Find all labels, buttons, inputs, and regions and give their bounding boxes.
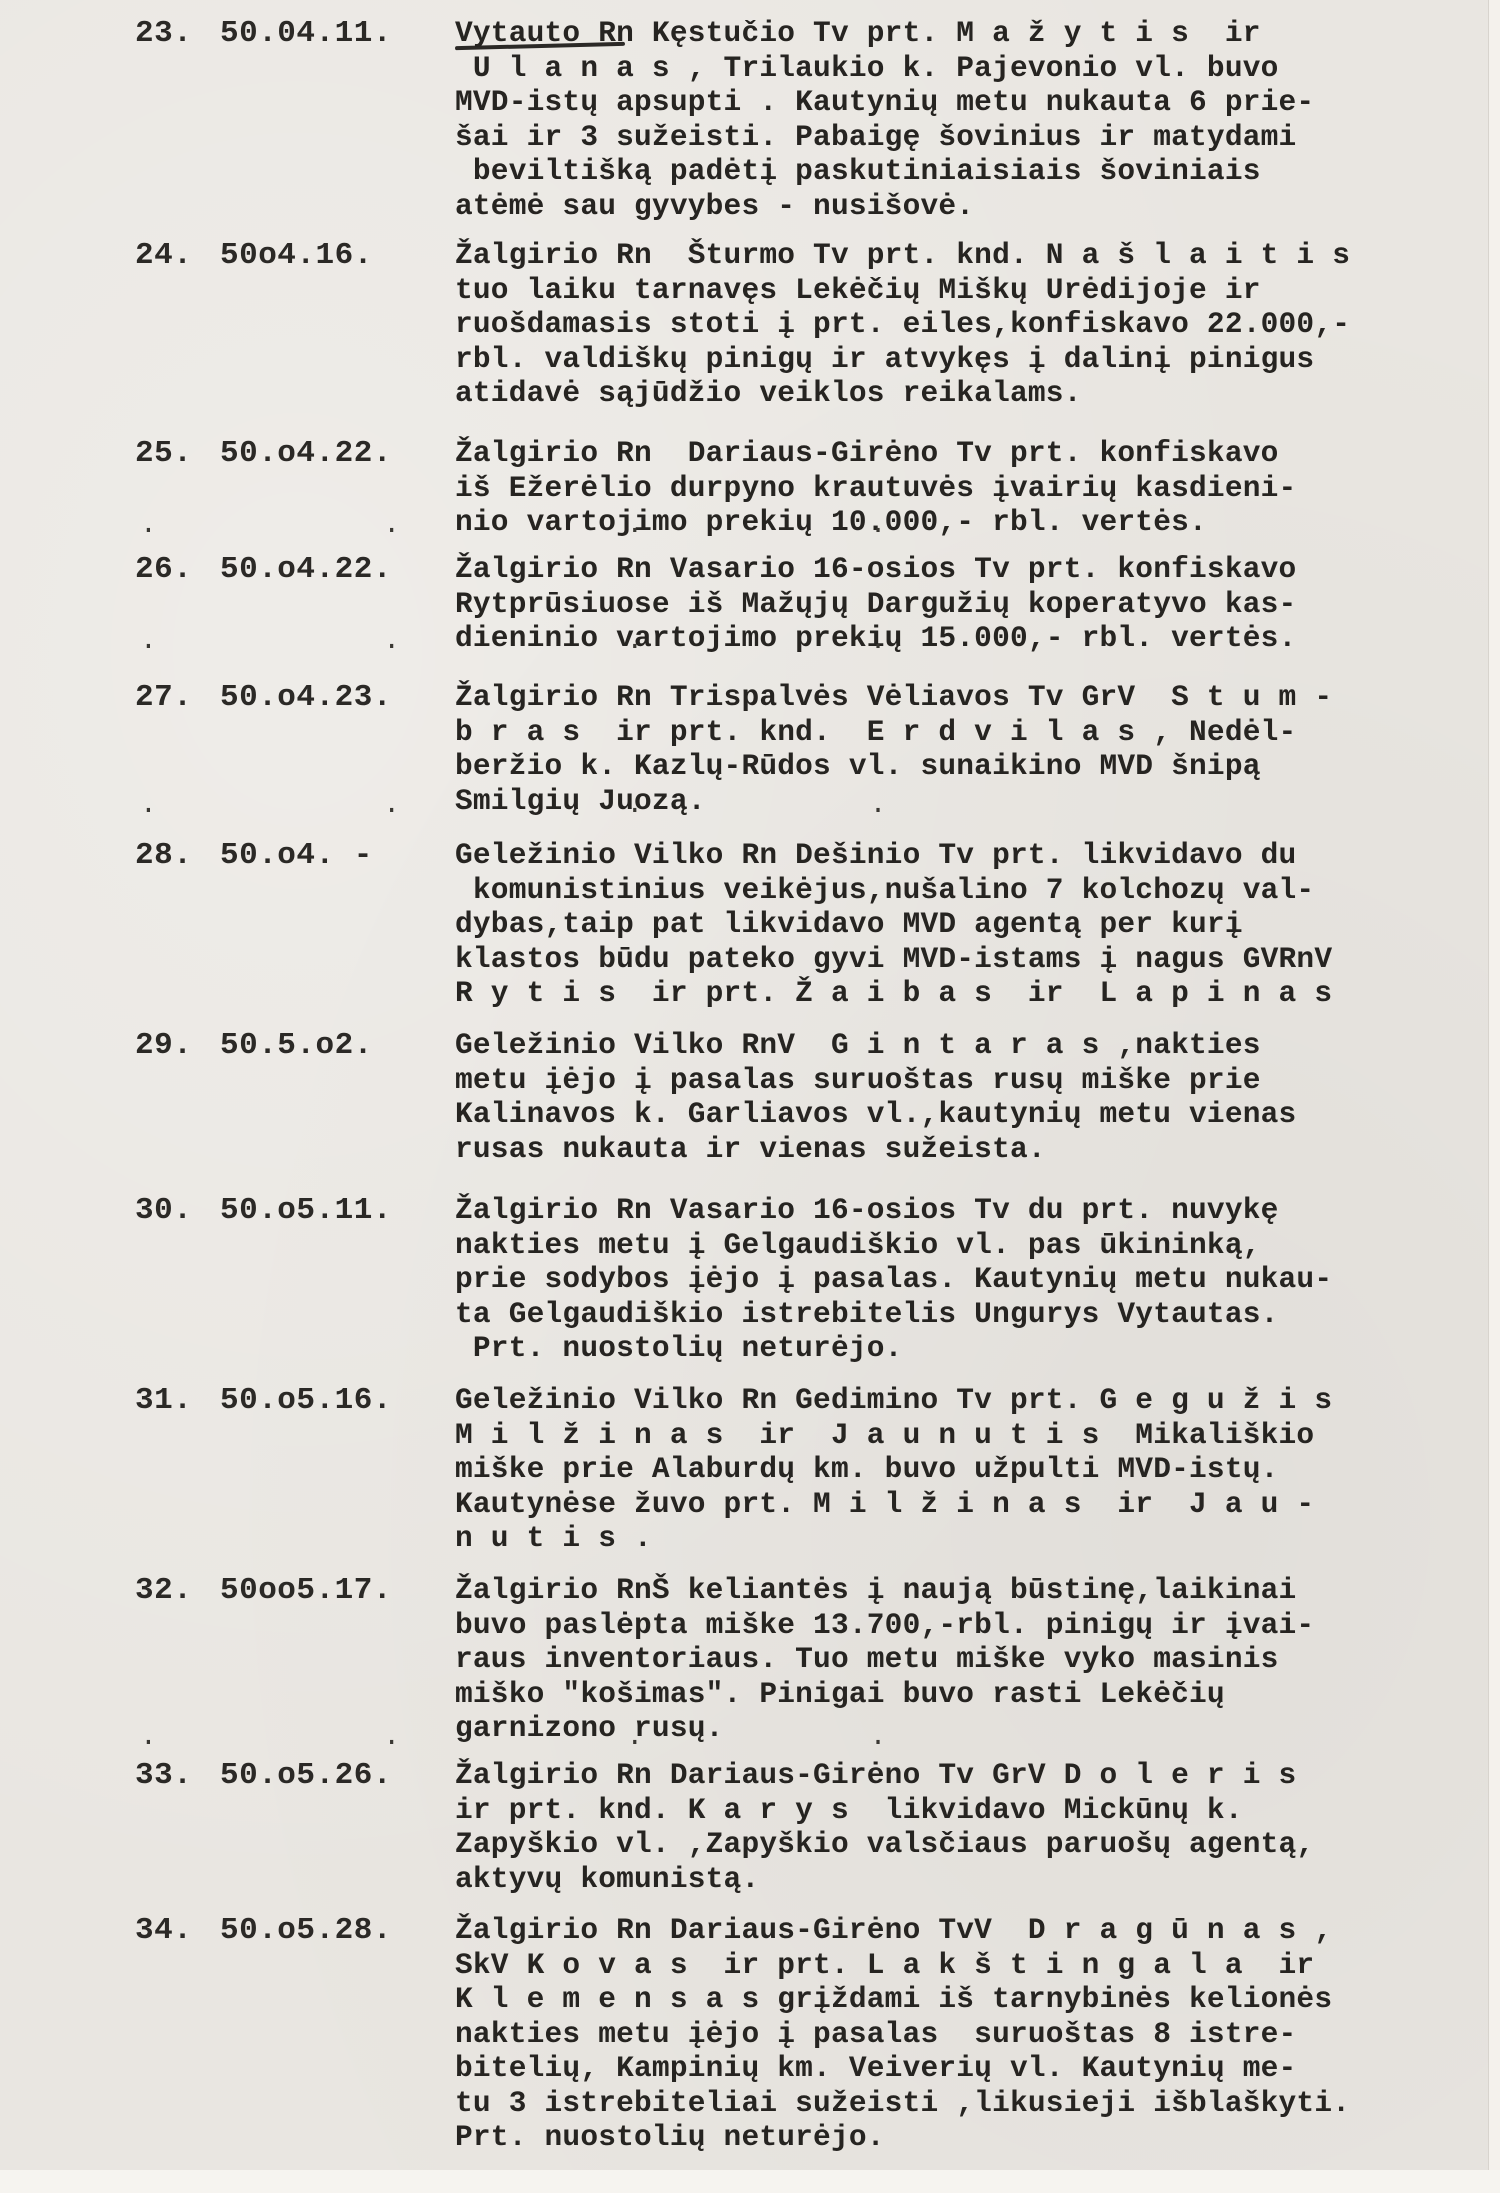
text-line: Geležinio Vilko Rn Gedimino Tv prt. G e … (455, 1383, 1485, 1418)
text-line: miško "košimas". Pinigai buvo rasti Lekė… (455, 1677, 1485, 1712)
entry-date: 50.o5.16. (220, 1383, 392, 1418)
entry-number: 32. (135, 1573, 192, 1608)
entry-number: 27. (135, 680, 192, 715)
entry-number: 31. (135, 1383, 192, 1418)
text-line: Prt. nuostolių neturėjo. (455, 2120, 1485, 2155)
text-line: komunistinius veikėjus,nušalino 7 kolcho… (455, 873, 1485, 908)
text-line: Geležinio Vilko RnV G i n t a r a s ,nak… (455, 1028, 1485, 1063)
text-line: Geležinio Vilko Rn Dešinio Tv prt. likvi… (455, 838, 1485, 873)
entry-text: Geležinio Vilko Rn Gedimino Tv prt. G e … (455, 1383, 1485, 1556)
text-line: Žalgirio Rn Dariaus-Girėno Tv GrV D o l … (455, 1758, 1485, 1793)
text-line: miške prie Alaburdų km. buvo užpulti MVD… (455, 1452, 1485, 1487)
text-line: prie sodybos įėjo į pasalas. Kautynių me… (455, 1262, 1485, 1297)
separator-dots: . . . . (140, 1722, 930, 1753)
entry-text: Žalgirio Rn Šturmo Tv prt. knd. N a š l … (455, 238, 1485, 411)
text-line: klastos būdu pateko gyvi MVD-istams į na… (455, 942, 1485, 977)
separator-dots: . . . . (140, 510, 930, 541)
entry-date: 50.o5.28. (220, 1913, 392, 1948)
entry-number: 33. (135, 1758, 192, 1793)
entry-text: Geležinio Vilko Rn Dešinio Tv prt. likvi… (455, 838, 1485, 1011)
text-line: buvo paslėpta miške 13.700,-rbl. pinigų … (455, 1608, 1485, 1643)
text-line: Žalgirio RnŠ keliantės į naują būstinę,l… (455, 1573, 1485, 1608)
entry-number: 30. (135, 1193, 192, 1228)
text-line: nakties metu į Gelgaudiškio vl. pas ūkin… (455, 1228, 1485, 1263)
entry-number: 25. (135, 436, 192, 471)
separator-dots: . . . . (140, 626, 930, 657)
text-line: Vytauto Rn Kęstučio Tv prt. M a ž y t i … (455, 16, 1485, 51)
text-line: Žalgirio Rn Šturmo Tv prt. knd. N a š l … (455, 238, 1485, 273)
text-line: Prt. nuostolių neturėjo. (455, 1331, 1485, 1366)
entry-text: Žalgirio Rn Dariaus-Girėno Tv GrV D o l … (455, 1758, 1485, 1896)
document-page: 23. 50.04.11. Vytauto Rn Kęstučio Tv prt… (0, 0, 1488, 2170)
text-line: beržio k. Kazlų-Rūdos vl. sunaikino MVD … (455, 749, 1485, 784)
entry-text: Geležinio Vilko RnV G i n t a r a s ,nak… (455, 1028, 1485, 1166)
text-line: Kalinavos k. Garliavos vl.,kautynių metu… (455, 1097, 1485, 1132)
entry-text: Vytauto Rn Kęstučio Tv prt. M a ž y t i … (455, 16, 1485, 223)
entry-date: 50.o5.11. (220, 1193, 392, 1228)
text-line: R y t i s ir prt. Ž a i b a s ir L a p i… (455, 976, 1485, 1011)
text-line: Žalgirio Rn Dariaus-Girėno Tv prt. konfi… (455, 436, 1485, 471)
text-line: Žalgirio Rn Vasario 16-osios Tv prt. kon… (455, 552, 1485, 587)
entry-date: 50.o4. - (220, 838, 373, 873)
entry-text: Žalgirio RnŠ keliantės į naują būstinę,l… (455, 1573, 1485, 1746)
text-line: Žalgirio Rn Trispalvės Vėliavos Tv GrV S… (455, 680, 1485, 715)
text-line: Žalgirio Rn Vasario 16-osios Tv du prt. … (455, 1193, 1485, 1228)
entry-date: 50.o4.22. (220, 436, 392, 471)
text-line: SkV K o v a s ir prt. L a k š t i n g a … (455, 1948, 1485, 1983)
text-line: aktyvų komunistą. (455, 1862, 1485, 1897)
text-line: atėmė sau gyvybes - nusišovė. (455, 189, 1485, 224)
entry-date: 50.04.11. (220, 16, 392, 51)
separator-dots: . . . . (140, 790, 930, 821)
text-line: Rytprūsiuose iš Mažųjų Dargužių koperaty… (455, 587, 1485, 622)
text-line: M i l ž i n a s ir J a u n u t i s Mikal… (455, 1418, 1485, 1453)
text-line: iš Ežerėlio durpyno krautuvės įvairių ka… (455, 471, 1485, 506)
entry-number: 24. (135, 238, 192, 273)
text-line: ruošdamasis stoti į prt. eiles,konfiskav… (455, 307, 1485, 342)
text-line: Kautynėse žuvo prt. M i l ž i n a s ir J… (455, 1487, 1485, 1522)
text-line: beviltišką padėtį paskutiniaisiais šovin… (455, 154, 1485, 189)
entry-date: 50o4.16. (220, 238, 373, 273)
text-line: ta Gelgaudiškio istrebitelis Ungurys Vyt… (455, 1297, 1485, 1332)
text-line: n u t i s . (455, 1521, 1485, 1556)
scan-margin (0, 2170, 1500, 2193)
text-line: šai ir 3 sužeisti. Pabaigę šovinius ir m… (455, 120, 1485, 155)
entry-date: 50.o4.23. (220, 680, 392, 715)
text-line: K l e m e n s a s grįždami iš tarnybinės… (455, 1982, 1485, 2017)
entry-number: 34. (135, 1913, 192, 1948)
entry-number: 26. (135, 552, 192, 587)
text-line: atidavė sąjūdžio veiklos reikalams. (455, 376, 1485, 411)
text-line: nakties metu įėjo į pasalas suruoštas 8 … (455, 2017, 1485, 2052)
entry-date: 50.5.o2. (220, 1028, 373, 1063)
text-line: tu 3 istrebiteliai sužeisti ,likusieji i… (455, 2086, 1485, 2121)
text-line: dybas,taip pat likvidavo MVD agentą per … (455, 907, 1485, 942)
text-line: Žalgirio Rn Dariaus-Girėno TvV D r a g ū… (455, 1913, 1485, 1948)
text-line: raus inventoriaus. Tuo metu miške vyko m… (455, 1642, 1485, 1677)
entry-number: 29. (135, 1028, 192, 1063)
entry-number: 28. (135, 838, 192, 873)
text-line: U l a n a s , Trilaukio k. Pajevonio vl.… (455, 51, 1485, 86)
text-line: Zapyškio vl. ,Zapyškio valsčiaus paruošų… (455, 1827, 1485, 1862)
entry-date: 50oo5.17. (220, 1573, 392, 1608)
text-line: b r a s ir prt. knd. E r d v i l a s , N… (455, 715, 1485, 750)
text-line: MVD-istų apsupti . Kautynių metu nukauta… (455, 85, 1485, 120)
text-line: rusas nukauta ir vienas sužeista. (455, 1132, 1485, 1167)
text-line: tuo laiku tarnavęs Lekėčių Miškų Urėdijo… (455, 273, 1485, 308)
entry-number: 23. (135, 16, 192, 51)
text-line: ir prt. knd. K a r y s likvidavo Mickūnų… (455, 1793, 1485, 1828)
entry-date: 50.o4.22. (220, 552, 392, 587)
text-line: bitelių, Kampinių km. Veiverių vl. Kauty… (455, 2051, 1485, 2086)
entry-text: Žalgirio Rn Dariaus-Girėno TvV D r a g ū… (455, 1913, 1485, 2155)
text-line: rbl. valdiškų pinigų ir atvykęs į dalinį… (455, 342, 1485, 377)
text-line: metu įėjo į pasalas suruoštas rusų miške… (455, 1063, 1485, 1098)
entry-date: 50.o5.26. (220, 1758, 392, 1793)
entry-text: Žalgirio Rn Vasario 16-osios Tv du prt. … (455, 1193, 1485, 1366)
